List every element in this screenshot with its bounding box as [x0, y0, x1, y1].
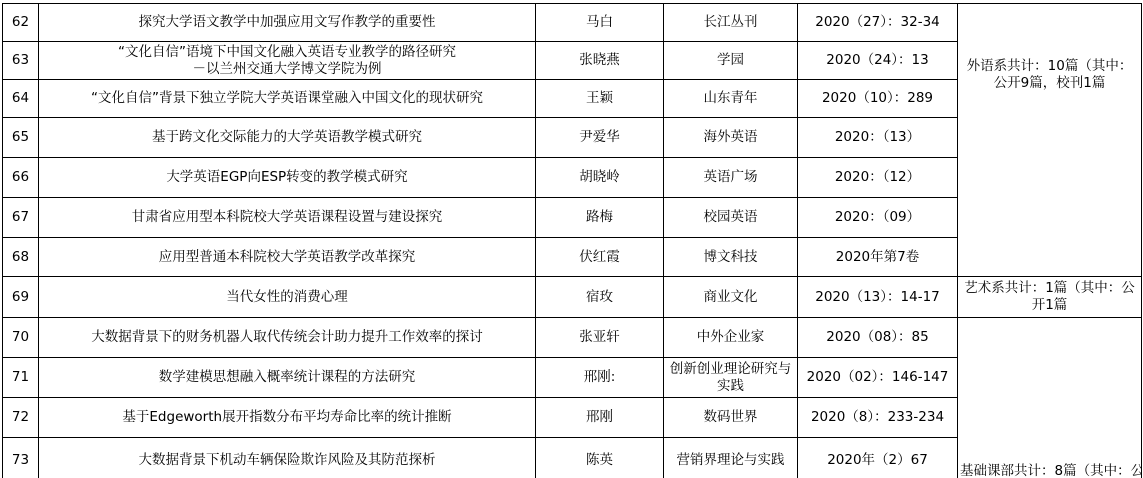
issue-cell: 2020（08）：85: [798, 318, 958, 358]
title-cell: 大数据背景下的财务机器人取代传统会计助力提升工作效率的探讨: [39, 318, 536, 358]
issue-cell: 2020（24）：13: [798, 42, 958, 80]
row-number-cell: 64: [3, 80, 39, 118]
author-cell: 王颖: [536, 80, 664, 118]
journal-cell: 商业文化: [664, 277, 798, 318]
publication-table: 62 探究大学语文教学中加强应用文写作教学的重要性 马白 长江丛刊 2020（2…: [2, 3, 1142, 478]
title-cell: 基于跨文化交际能力的大学英语教学模式研究: [39, 118, 536, 158]
dept-summary-basic-courses: 基础课部共计：8篇（其中：公: [958, 318, 1142, 478]
title-cell: 数学建模思想融入概率统计课程的方法研究: [39, 358, 536, 398]
table-row: 70 大数据背景下的财务机器人取代传统会计助力提升工作效率的探讨 张亚轩 中外企…: [3, 318, 1142, 358]
title-cell: “文化自信”背景下独立学院大学英语课堂融入中国文化的现状研究: [39, 80, 536, 118]
issue-cell: 2020（27）：32-34: [798, 4, 958, 42]
issue-cell: 2020（13）：14-17: [798, 277, 958, 318]
row-number-cell: 73: [3, 438, 39, 478]
title-cell: 应用型普通本科院校大学英语教学改革探究: [39, 238, 536, 277]
issue-cell: 2020（10）：289: [798, 80, 958, 118]
author-cell: 伏红霞: [536, 238, 664, 277]
journal-cell: 海外英语: [664, 118, 798, 158]
author-cell: 邢刚: [536, 398, 664, 438]
author-cell: 宿玫: [536, 277, 664, 318]
dept-summary-foreign-languages: 外语系共计：10篇（其中：公开9篇，校刊1篇: [958, 4, 1142, 277]
journal-cell: 学园: [664, 42, 798, 80]
title-cell: 甘肃省应用型本科院校大学英语课程设置与建设探究: [39, 198, 536, 238]
row-number-cell: 66: [3, 158, 39, 198]
author-cell: 邢刚:: [536, 358, 664, 398]
journal-cell: 博文科技: [664, 238, 798, 277]
row-number-cell: 70: [3, 318, 39, 358]
journal-cell: 山东青年: [664, 80, 798, 118]
author-cell: 尹爱华: [536, 118, 664, 158]
row-number-cell: 65: [3, 118, 39, 158]
row-number-cell: 63: [3, 42, 39, 80]
issue-cell: 2020：（13）: [798, 118, 958, 158]
journal-cell: 长江丛刊: [664, 4, 798, 42]
journal-cell: 数码世界: [664, 398, 798, 438]
row-number-cell: 71: [3, 358, 39, 398]
title-cell: 大数据背景下机动车辆保险欺诈风险及其防范探析: [39, 438, 536, 478]
title-cell: 基于Edgeworth展开指数分布平均寿命比率的统计推断: [39, 398, 536, 438]
row-number-cell: 72: [3, 398, 39, 438]
journal-cell: 创新创业理论研究与实践: [664, 358, 798, 398]
row-number-cell: 69: [3, 277, 39, 318]
row-number-cell: 67: [3, 198, 39, 238]
author-cell: 路梅: [536, 198, 664, 238]
author-cell: 胡晓岭: [536, 158, 664, 198]
issue-cell: 2020年（2）67: [798, 438, 958, 478]
issue-cell: 2020（02）：146-147: [798, 358, 958, 398]
journal-cell: 中外企业家: [664, 318, 798, 358]
row-number-cell: 62: [3, 4, 39, 42]
journal-cell: 营销界理论与实践: [664, 438, 798, 478]
dept-summary-art: 艺术系共计：1篇（其中：公开1篇: [958, 277, 1142, 318]
table-row: 62 探究大学语文教学中加强应用文写作教学的重要性 马白 长江丛刊 2020（2…: [3, 4, 1142, 42]
author-cell: 陈英: [536, 438, 664, 478]
publication-table-page: 62 探究大学语文教学中加强应用文写作教学的重要性 马白 长江丛刊 2020（2…: [0, 0, 1143, 478]
issue-cell: 2020：（12）: [798, 158, 958, 198]
title-cell: 当代女性的消费心理: [39, 277, 536, 318]
author-cell: 张晓燕: [536, 42, 664, 80]
journal-cell: 英语广场: [664, 158, 798, 198]
author-cell: 张亚轩: [536, 318, 664, 358]
issue-cell: 2020：（09）: [798, 198, 958, 238]
journal-cell: 校园英语: [664, 198, 798, 238]
title-cell: 探究大学语文教学中加强应用文写作教学的重要性: [39, 4, 536, 42]
issue-cell: 2020（8）：233-234: [798, 398, 958, 438]
title-cell: “文化自信”语境下中国文化融入英语专业教学的路径研究 －以兰州交通大学博文学院为…: [39, 42, 536, 80]
author-cell: 马白: [536, 4, 664, 42]
title-cell: 大学英语EGP向ESP转变的教学模式研究: [39, 158, 536, 198]
row-number-cell: 68: [3, 238, 39, 277]
issue-cell: 2020年第7卷: [798, 238, 958, 277]
table-row: 69 当代女性的消费心理 宿玫 商业文化 2020（13）：14-17 艺术系共…: [3, 277, 1142, 318]
